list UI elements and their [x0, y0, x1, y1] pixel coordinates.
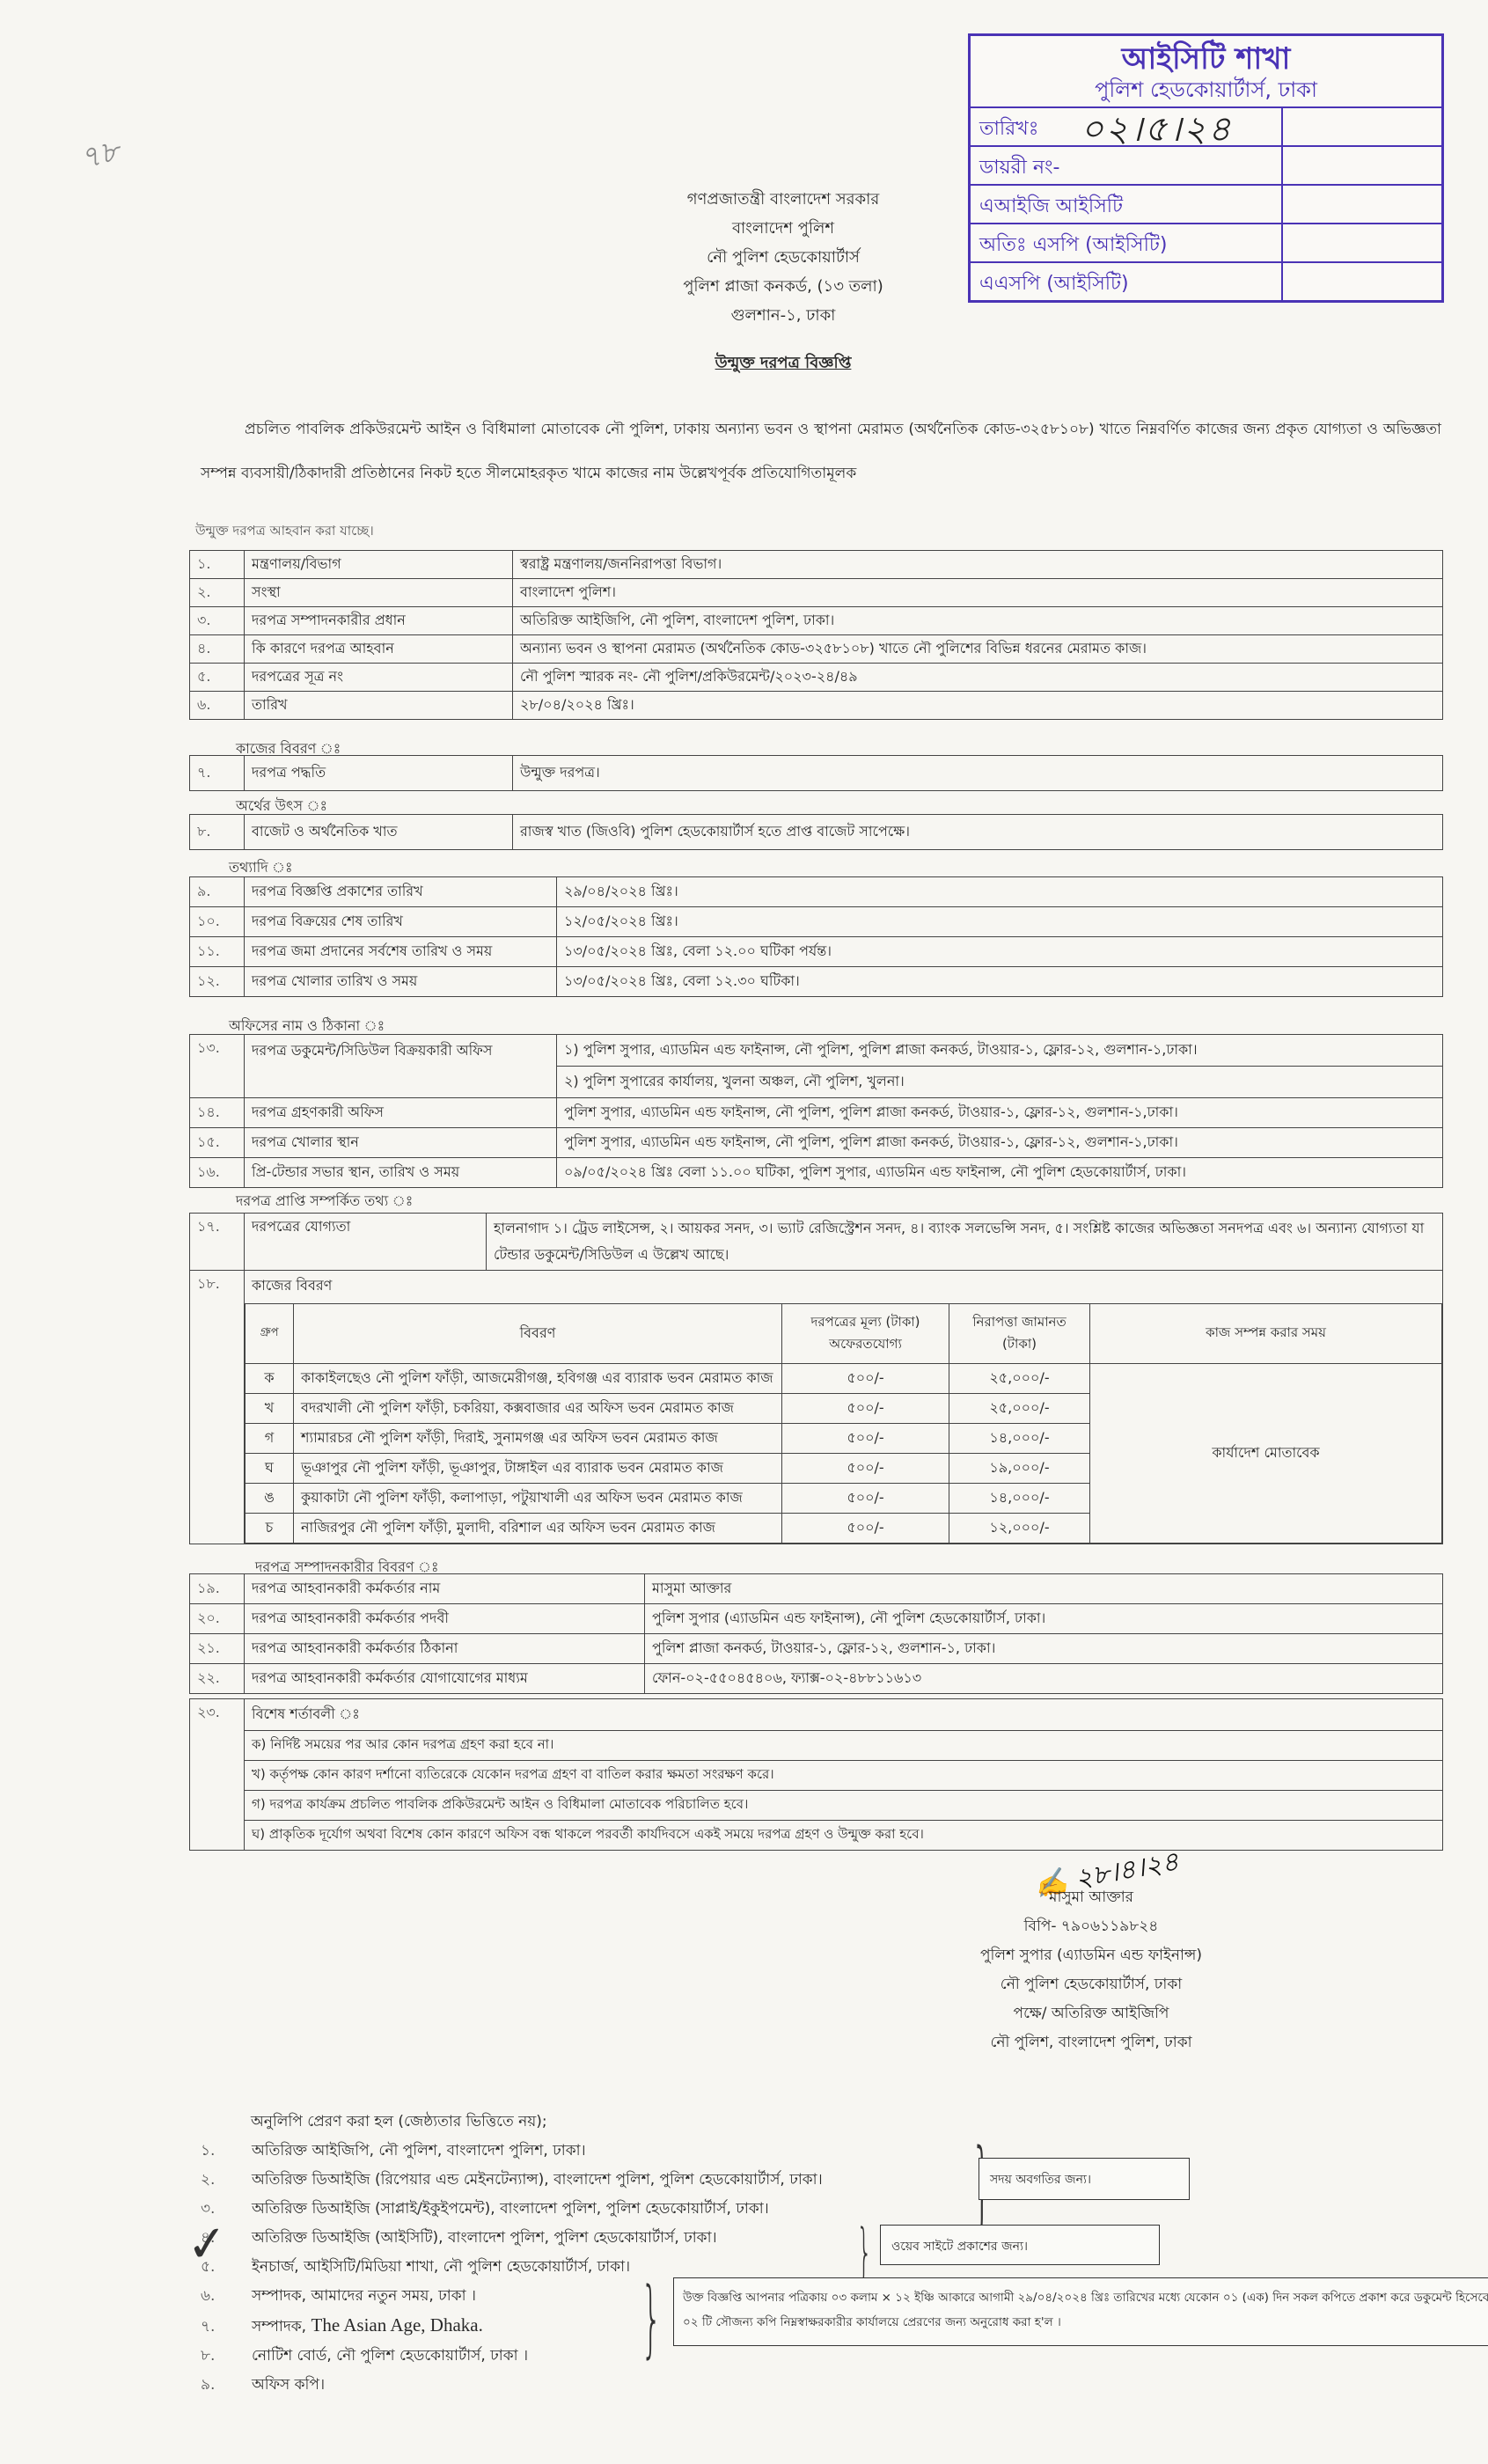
row-number: ১৬. — [190, 1158, 245, 1188]
tender-info-table: ১.মন্ত্রণালয়/বিভাগস্বরাষ্ট্র মন্ত্রণালয… — [189, 550, 1443, 720]
row-label: দরপত্র বিজ্ঞপ্তি প্রকাশের তারিখ — [245, 877, 557, 907]
work-security: ১২,০০০/- — [949, 1514, 1090, 1544]
work-description: কাকাইলছেও নৌ পুলিশ ফাঁড়ী, আজমেরীগঞ্জ, হ… — [294, 1364, 782, 1394]
copies-title: অনুলিপি প্রেরণ করা হল (জেষ্ঠ্যতার ভিত্তি… — [251, 2110, 547, 2135]
work-description: শ্যামারচর নৌ পুলিশ ফাঁড়ী, দিরাই, সুনামগ… — [294, 1424, 782, 1454]
letterhead-line: গুলশান-১, ঢাকা — [598, 301, 968, 330]
row-value: ফোন-০২-৫৫০৪৫৪০৬, ফ্যাক্স-০২-৪৮৮১১৬১৩ — [645, 1664, 1443, 1694]
table-row: ১২.দরপত্র খোলার তারিখ ও সময়১৩/০৫/২০২৪ খ… — [190, 967, 1443, 997]
table-row: ১৩.দরপত্র ডকুমেন্ট/সিডিউল বিক্রয়কারী অফ… — [190, 1035, 1443, 1067]
signatory-behalf: পক্ষে/ অতিরিক্ত আইজিপি — [950, 1999, 1232, 2028]
tender-method-table: ৭.দরপত্র পদ্ধতিউন্মুক্ত দরপত্র। — [189, 755, 1443, 791]
work-completion-time: কার্যাদেশ মোতাবেক — [1090, 1364, 1442, 1544]
table-row: ১৮. কাজের বিবরণ গ্রুপ বিবরণ দরপত্রের মূল… — [190, 1271, 1443, 1544]
row-value: পুলিশ সুপার, এ্যাডমিন এন্ড ফাইনান্স, নৌ … — [557, 1098, 1443, 1128]
row-number: ৮. — [190, 815, 245, 850]
list-item: ২.অতিরিক্ত ডিআইজি (রিপেয়ার এন্ড মেইনটেন… — [201, 2166, 823, 2195]
col-header-desc: বিবরণ — [294, 1304, 782, 1364]
row-number: ৪. — [190, 635, 245, 664]
row-label: দরপত্র আহবানকারী কর্মকর্তার যোগাযোগের মা… — [245, 1664, 645, 1694]
row-value: উন্মুক্ত দরপত্র। — [513, 756, 1443, 791]
table-row: ১.মন্ত্রণালয়/বিভাগস্বরাষ্ট্র মন্ত্রণালয… — [190, 551, 1443, 579]
row-label: দরপত্র খোলার তারিখ ও সময় — [245, 967, 557, 997]
condition-text: খ) কর্তৃপক্ষ কোন কারণ দর্শানো ব্যতিরেকে … — [245, 1761, 1443, 1791]
row-label: দরপত্র আহবানকারী কর্মকর্তার পদবী — [245, 1604, 645, 1634]
table-row: ১৭. দরপত্রের যোগ্যতা হালনাগাদ ১। ট্রেড ল… — [190, 1214, 1443, 1271]
row-number: ১. — [190, 551, 245, 579]
row-value: পুলিশ সুপার (এ্যাডমিন এন্ড ফাইনান্স), নৌ… — [645, 1604, 1443, 1634]
signatory-bp: বিপি- ৭৯০৬১১৯৮২৪ — [950, 1912, 1232, 1941]
table-row: ২৩.বিশেষ শর্তাবলী ঃ — [190, 1699, 1443, 1731]
row-number: ১৯. — [190, 1574, 245, 1604]
table-row: ১৫.দরপত্র খোলার স্থানপুলিশ সুপার, এ্যাডম… — [190, 1128, 1443, 1158]
work-group: ক — [246, 1364, 294, 1394]
row-number: ১৪. — [190, 1098, 245, 1128]
row-number: ১৫. — [190, 1128, 245, 1158]
note-newspaper-box: উক্ত বিজ্ঞপ্তি আপনার পত্রিকায় ০৩ কলাম ×… — [673, 2277, 1488, 2346]
row-label: দরপত্র আহবানকারী কর্মকর্তার নাম — [245, 1574, 645, 1604]
work-details-cell: কাজের বিবরণ গ্রুপ বিবরণ দরপত্রের মূল্য (… — [245, 1271, 1443, 1544]
row-value: ১) পুলিশ সুপার, এ্যাডমিন এন্ড ফাইনান্স, … — [557, 1035, 1443, 1067]
row-number: ২০. — [190, 1604, 245, 1634]
row-label: প্রি-টেন্ডার সভার স্থান, তারিখ ও সময় — [245, 1158, 557, 1188]
row-value: ২৯/০৪/২০২৪ খ্রিঃ। — [557, 877, 1443, 907]
col-header-price: দরপত্রের মূল্য (টাকা) অফেরতযোগ্য — [782, 1304, 949, 1364]
row-value: ১২/০৫/২০২৪ খ্রিঃ। — [557, 907, 1443, 937]
row-label: বিশেষ শর্তাবলী ঃ — [245, 1699, 1443, 1731]
list-item: ৪.অতিরিক্ত ডিআইজি (আইসিটি), বাংলাদেশ পুল… — [201, 2224, 823, 2253]
list-item: ১.অতিরিক্ত আইজিপি, নৌ পুলিশ, বাংলাদেশ পু… — [201, 2137, 823, 2166]
row-number: ২২. — [190, 1664, 245, 1694]
letterhead-line: গণপ্রজাতন্ত্রী বাংলাদেশ সরকার — [598, 185, 968, 214]
stamp-header: আইসিটি শাখা পুলিশ হেডকোয়ার্টার্স, ঢাকা — [971, 36, 1441, 108]
table-row: ২.সংস্থাবাংলাদেশ পুলিশ। — [190, 579, 1443, 607]
row-label: দরপত্র আহবানকারী কর্মকর্তার ঠিকানা — [245, 1634, 645, 1664]
work-description: কুয়াকাটা নৌ পুলিশ ফাঁড়ী, কলাপাড়া, পটু… — [294, 1484, 782, 1514]
letterhead-line: নৌ পুলিশ হেডকোয়ার্টার্স — [598, 243, 968, 272]
work-price: ৫০০/- — [782, 1364, 949, 1394]
work-item-row: ককাকাইলছেও নৌ পুলিশ ফাঁড়ী, আজমেরীগঞ্জ, … — [246, 1364, 1442, 1394]
signatory-designation: পুলিশ সুপার (এ্যাডমিন এন্ড ফাইনান্স) — [950, 1941, 1232, 1970]
table-row: ১০.দরপত্র বিক্রয়ের শেষ তারিখ১২/০৫/২০২৪ … — [190, 907, 1443, 937]
row-value: বাংলাদেশ পুলিশ। — [513, 579, 1443, 607]
work-price: ৫০০/- — [782, 1514, 949, 1544]
row-label: মন্ত্রণালয়/বিভাগ — [245, 551, 513, 579]
work-price: ৫০০/- — [782, 1424, 949, 1454]
work-security: ১৪,০০০/- — [949, 1484, 1090, 1514]
row-label: দরপত্র জমা প্রদানের সর্বশেষ তারিখ ও সময় — [245, 937, 557, 967]
row-value: রাজস্ব খাত (জিওবি) পুলিশ হেডকোয়ার্টার্স… — [513, 815, 1443, 850]
row-value: পুলিশ প্লাজা কনকর্ড, টাওয়ার-১, ফ্লোর-১২… — [645, 1634, 1443, 1664]
table-row: ২১.দরপত্র আহবানকারী কর্মকর্তার ঠিকানাপুল… — [190, 1634, 1443, 1664]
row-value: ২৮/০৪/২০২৪ খ্রিঃ। — [513, 692, 1443, 720]
stamp-label: অতিঃ এসপি (আইসিটি) — [971, 224, 1283, 261]
condition-text: ক) নির্দিষ্ট সময়ের পর আর কোন দরপত্র গ্র… — [245, 1731, 1443, 1761]
stamp-row-date: তারিখঃ০২।৫।২৪ — [971, 108, 1441, 147]
row-value: স্বরাষ্ট্র মন্ত্রণালয়/জননিরাপত্তা বিভাগ… — [513, 551, 1443, 579]
col-header-group: গ্রুপ — [246, 1304, 294, 1364]
row-number: ১১. — [190, 937, 245, 967]
row-number: ৭. — [190, 756, 245, 791]
stamp-label: এএসপি (আইসিটি) — [971, 263, 1283, 300]
stamp-label: ডায়রী নং- — [971, 147, 1283, 184]
table-row: ৮.বাজেট ও অর্থনৈতিক খাতরাজস্ব খাত (জিওবি… — [190, 815, 1443, 850]
row-label: বাজেট ও অর্থনৈতিক খাত — [245, 815, 513, 850]
row-label: দরপত্র সম্পাদনকারীর প্রধান — [245, 607, 513, 635]
work-security: ২৫,০০০/- — [949, 1394, 1090, 1424]
row-value: নৌ পুলিশ স্মারক নং- নৌ পুলিশ/প্রকিউরমেন্… — [513, 664, 1443, 692]
table-row: ২০.দরপত্র আহবানকারী কর্মকর্তার পদবীপুলিশ… — [190, 1604, 1443, 1634]
row-label: দরপত্র ডকুমেন্ট/সিডিউল বিক্রয়কারী অফিস — [245, 1035, 557, 1098]
stamp-label: তারিখঃ — [979, 118, 1038, 140]
work-description: বদরখালী নৌ পুলিশ ফাঁড়ী, চকরিয়া, কক্সবা… — [294, 1394, 782, 1424]
work-security: ১৯,০০০/- — [949, 1454, 1090, 1484]
letterhead: গণপ্রজাতন্ত্রী বাংলাদেশ সরকার বাংলাদেশ প… — [598, 185, 968, 330]
work-description: ভূঞাপুর নৌ পুলিশ ফাঁড়ী, ভূঞাপুর, টাঙ্গা… — [294, 1454, 782, 1484]
row-number: ২১. — [190, 1634, 245, 1664]
stamp-title: আইসিটি শাখা — [971, 41, 1441, 77]
stamp-subtitle: পুলিশ হেডকোয়ার্টার্স, ঢাকা — [971, 77, 1441, 103]
note-web-box: ওয়েব সাইটে প্রকাশের জন্য। — [880, 2225, 1160, 2265]
signatory-org: নৌ পুলিশ, বাংলাদেশ পুলিশ, ঢাকা — [950, 2028, 1232, 2057]
work-header-row: গ্রুপ বিবরণ দরপত্রের মূল্য (টাকা) অফেরতয… — [246, 1304, 1442, 1364]
row-label: দরপত্র খোলার স্থান — [245, 1128, 557, 1158]
intro-text: প্রচলিত পাবলিক প্রকিউরমেন্ট আইন ও বিধিমা… — [201, 421, 1441, 482]
table-row: ৬.তারিখ২৮/০৪/২০২৪ খ্রিঃ। — [190, 692, 1443, 720]
table-row: ৫.দরপত্রের সূত্র নংনৌ পুলিশ স্মারক নং- ন… — [190, 664, 1443, 692]
work-group: খ — [246, 1394, 294, 1424]
col-header-completion: কাজ সম্পন্ন করার সময় — [1090, 1304, 1442, 1364]
row-number: ১৮. — [190, 1271, 245, 1544]
notice-title: উন্মুক্ত দরপত্র বিজ্ঞপ্তি — [598, 350, 968, 378]
work-group: গ — [246, 1424, 294, 1454]
row-number: ৩. — [190, 607, 245, 635]
row-label: দরপত্রের যোগ্যতা — [245, 1214, 487, 1271]
row-number: ৯. — [190, 877, 245, 907]
work-security: ১৪,০০০/- — [949, 1424, 1090, 1454]
table-row: ২২.দরপত্র আহবানকারী কর্মকর্তার যোগাযোগের… — [190, 1664, 1443, 1694]
row-value: অতিরিক্ত আইজিপি, নৌ পুলিশ, বাংলাদেশ পুলি… — [513, 607, 1443, 635]
list-item: ৯.অফিস কপি। — [201, 2371, 823, 2400]
margin-handwritten-number: ৭৮ — [75, 128, 125, 186]
row-value: অন্যান্য ভবন ও স্থাপনা মেরামত (অর্থনৈতিক… — [513, 635, 1443, 664]
work-group: ঘ — [246, 1454, 294, 1484]
condition-text: ঘ) প্রাকৃতিক দূর্যোগ অথবা বিশেষ কোন কারণ… — [245, 1821, 1443, 1851]
row-label: সংস্থা — [245, 579, 513, 607]
work-price: ৫০০/- — [782, 1484, 949, 1514]
row-value: ২) পুলিশ সুপারের কার্যালয়, খুলনা অঞ্চল,… — [557, 1067, 1443, 1098]
row-label: দরপত্রের সূত্র নং — [245, 664, 513, 692]
col-header-security: নিরাপত্তা জামানত (টাকা) — [949, 1304, 1090, 1364]
stamp-row-diary: ডায়রী নং- — [971, 147, 1441, 186]
dates-table: ৯.দরপত্র বিজ্ঞপ্তি প্রকাশের তারিখ২৯/০৪/২… — [189, 876, 1443, 997]
stamp-row-addl-sp: অতিঃ এসপি (আইসিটি) — [971, 224, 1441, 263]
work-group: চ — [246, 1514, 294, 1544]
table-row: ১১.দরপত্র জমা প্রদানের সর্বশেষ তারিখ ও স… — [190, 937, 1443, 967]
stamp-row-aig: এআইজি আইসিটি — [971, 186, 1441, 224]
letterhead-line: পুলিশ প্লাজা কনকর্ড, (১৩ তলা) — [598, 272, 968, 301]
table-row: ৯.দরপত্র বিজ্ঞপ্তি প্রকাশের তারিখ২৯/০৪/২… — [190, 877, 1443, 907]
work-items-table: গ্রুপ বিবরণ দরপত্রের মূল্য (টাকা) অফেরতয… — [245, 1303, 1442, 1544]
intro-last-line: উন্মুক্ত দরপত্র আহবান করা যাচ্ছে। — [195, 521, 374, 543]
row-value: মাসুমা আক্তার — [645, 1574, 1443, 1604]
note-info-box: সদয় অবগতির জন্য। — [979, 2158, 1190, 2200]
work-price: ৫০০/- — [782, 1394, 949, 1424]
signature-block: মাসুমা আক্তার বিপি- ৭৯০৬১১৯৮২৪ পুলিশ সুপ… — [950, 1883, 1232, 2057]
row-number: ১০. — [190, 907, 245, 937]
office-table: ১৩.দরপত্র ডকুমেন্ট/সিডিউল বিক্রয়কারী অফ… — [189, 1034, 1443, 1188]
brace-icon: } — [641, 2270, 662, 2367]
officer-table: ১৯.দরপত্র আহবানকারী কর্মকর্তার নামমাসুমা… — [189, 1573, 1443, 1694]
table-row: ১৪.দরপত্র গ্রহণকারী অফিসপুলিশ সুপার, এ্য… — [190, 1098, 1443, 1128]
row-number: ১৭. — [190, 1214, 245, 1271]
intro-paragraph: প্রচলিত পাবলিক প্রকিউরমেন্ট আইন ও বিধিমা… — [201, 407, 1441, 495]
row-number: ২. — [190, 579, 245, 607]
row-number: ৫. — [190, 664, 245, 692]
condition-row: গ) দরপত্র কার্যক্রম প্রচলিত পাবলিক প্রকি… — [190, 1791, 1443, 1821]
row-value: ১৩/০৫/২০২৪ খ্রিঃ, বেলা ১২.৩০ ঘটিকা। — [557, 967, 1443, 997]
condition-row: ঘ) প্রাকৃতিক দূর্যোগ অথবা বিশেষ কোন কারণ… — [190, 1821, 1443, 1851]
budget-table: ৮.বাজেট ও অর্থনৈতিক খাতরাজস্ব খাত (জিওবি… — [189, 814, 1443, 850]
row-label: কাজের বিবরণ — [245, 1274, 1442, 1303]
row-label: দরপত্র গ্রহণকারী অফিস — [245, 1098, 557, 1128]
row-value: পুলিশ সুপার, এ্যাডমিন এন্ড ফাইনান্স, নৌ … — [557, 1128, 1443, 1158]
signatory-name: মাসুমা আক্তার — [950, 1883, 1232, 1912]
row-label: দরপত্র বিক্রয়ের শেষ তারিখ — [245, 907, 557, 937]
work-description: নাজিরপুর নৌ পুলিশ ফাঁড়ী, মুলাদী, বরিশাল… — [294, 1514, 782, 1544]
row-value: ১৩/০৫/২০২৪ খ্রিঃ, বেলা ১২.০০ ঘটিকা পর্যন… — [557, 937, 1443, 967]
condition-row: খ) কর্তৃপক্ষ কোন কারণ দর্শানো ব্যতিরেকে … — [190, 1761, 1443, 1791]
condition-text: গ) দরপত্র কার্যক্রম প্রচলিত পাবলিক প্রকি… — [245, 1791, 1443, 1821]
work-price: ৫০০/- — [782, 1454, 949, 1484]
section-receipt-heading: দরপত্র প্রাপ্তি সম্পর্কিত তথ্য ঃ — [236, 1190, 413, 1214]
copies-list: ১.অতিরিক্ত আইজিপি, নৌ পুলিশ, বাংলাদেশ পু… — [201, 2137, 823, 2400]
row-value: হালনাগাদ ১। ট্রেড লাইসেন্স, ২। আয়কর সনদ… — [487, 1214, 1443, 1271]
row-number: ৬. — [190, 692, 245, 720]
row-label: দরপত্র পদ্ধতি — [245, 756, 513, 791]
row-number: ২৩. — [190, 1699, 245, 1851]
condition-row: ক) নির্দিষ্ট সময়ের পর আর কোন দরপত্র গ্র… — [190, 1731, 1443, 1761]
work-security: ২৫,০০০/- — [949, 1364, 1090, 1394]
special-conditions-table: ২৩.বিশেষ শর্তাবলী ঃক) নির্দিষ্ট সময়ের প… — [189, 1698, 1443, 1851]
row-value: ০৯/০৫/২০২৪ খ্রিঃ বেলা ১১.০০ ঘটিকা, পুলিশ… — [557, 1158, 1443, 1188]
signatory-office: নৌ পুলিশ হেডকোয়ার্টার্স, ঢাকা — [950, 1970, 1232, 1999]
table-row: ৭.দরপত্র পদ্ধতিউন্মুক্ত দরপত্র। — [190, 756, 1443, 791]
row-number: ১৩. — [190, 1035, 245, 1098]
table-row: ১৯.দরপত্র আহবানকারী কর্মকর্তার নামমাসুমা… — [190, 1574, 1443, 1604]
ict-branch-stamp: আইসিটি শাখা পুলিশ হেডকোয়ার্টার্স, ঢাকা … — [968, 33, 1444, 303]
qualification-work-table: ১৭. দরপত্রের যোগ্যতা হালনাগাদ ১। ট্রেড ল… — [189, 1213, 1443, 1544]
table-row: ১৬.প্রি-টেন্ডার সভার স্থান, তারিখ ও সময়… — [190, 1158, 1443, 1188]
list-item: ৩.অতিরিক্ত ডিআইজি (সাপ্লাই/ইকুইপমেন্ট), … — [201, 2195, 823, 2224]
table-row: ৩.দরপত্র সম্পাদনকারীর প্রধানঅতিরিক্ত আইজ… — [190, 607, 1443, 635]
row-label: কি কারণে দরপত্র আহবান — [245, 635, 513, 664]
checkmark-icon: ✓ — [184, 2214, 230, 2275]
row-label: তারিখ — [245, 692, 513, 720]
letterhead-line: বাংলাদেশ পুলিশ — [598, 214, 968, 243]
table-row: ৪.কি কারণে দরপত্র আহবানঅন্যান্য ভবন ও স্… — [190, 635, 1443, 664]
stamp-row-asp: এএসপি (আইসিটি) — [971, 263, 1441, 300]
work-group: ঙ — [246, 1484, 294, 1514]
row-number: ১২. — [190, 967, 245, 997]
stamp-label: এআইজি আইসিটি — [971, 186, 1283, 223]
